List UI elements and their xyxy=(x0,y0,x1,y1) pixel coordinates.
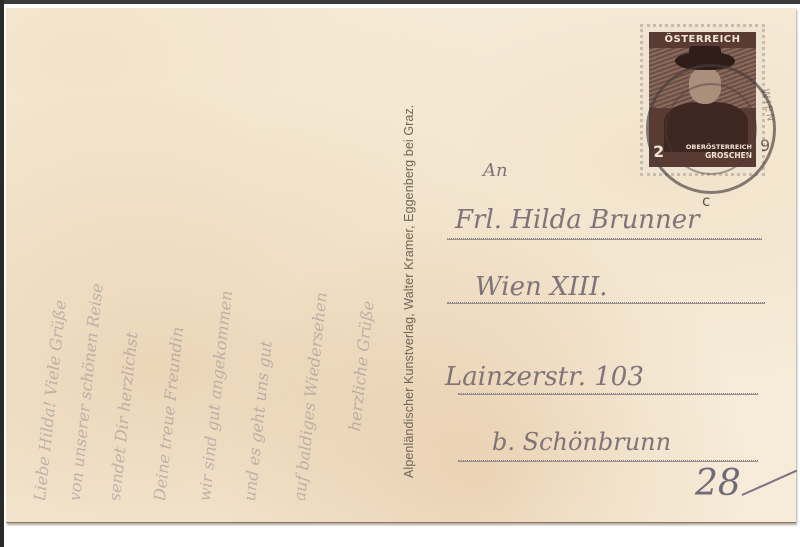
message-line: wir sind gut angekommen xyxy=(195,290,236,500)
address-salutation: An xyxy=(483,160,508,181)
postmark-circle xyxy=(646,64,776,194)
scan-border-top xyxy=(0,0,800,4)
handwritten-message: Liebe Hilda! Viele Grüße von unserer sch… xyxy=(10,30,390,500)
address-rule-4 xyxy=(458,460,758,462)
stamp-figure-hat-crown xyxy=(689,46,721,58)
message-line: Deine treue Freundin xyxy=(150,326,187,500)
scan-border-left xyxy=(0,0,4,547)
message-line: Liebe Hilda! Viele Grüße xyxy=(30,299,70,500)
postmark-letter: c xyxy=(702,192,710,210)
message-line: von unserer schönen Reise xyxy=(65,282,107,500)
stamp-country: ÖSTERREICH xyxy=(649,34,756,45)
postmark-inner-circle xyxy=(665,83,757,175)
postmark-date: 9 xyxy=(760,136,770,155)
address-line-district: b. Schönbrunn xyxy=(492,428,671,456)
message-line: sendet Dir herzlichst xyxy=(105,331,142,500)
address-line-city: Wien XIII. xyxy=(475,272,608,302)
address-rule-1 xyxy=(447,238,762,240)
address-line-name: Frl. Hilda Brunner xyxy=(455,205,700,235)
publisher-imprint: Alpenländischer Kunstverlag, Walter Kram… xyxy=(402,105,416,478)
annotation-number: 28 xyxy=(695,463,741,504)
message-line: und es geht uns gut xyxy=(240,340,276,500)
message-line: auf baldiges Wiedersehen xyxy=(290,291,331,500)
address-rule-3 xyxy=(458,393,758,395)
address-line-street: Lainzerstr. 103 xyxy=(445,362,644,392)
message-line: herzliche Grüße xyxy=(345,300,378,432)
address-rule-2 xyxy=(447,302,765,304)
